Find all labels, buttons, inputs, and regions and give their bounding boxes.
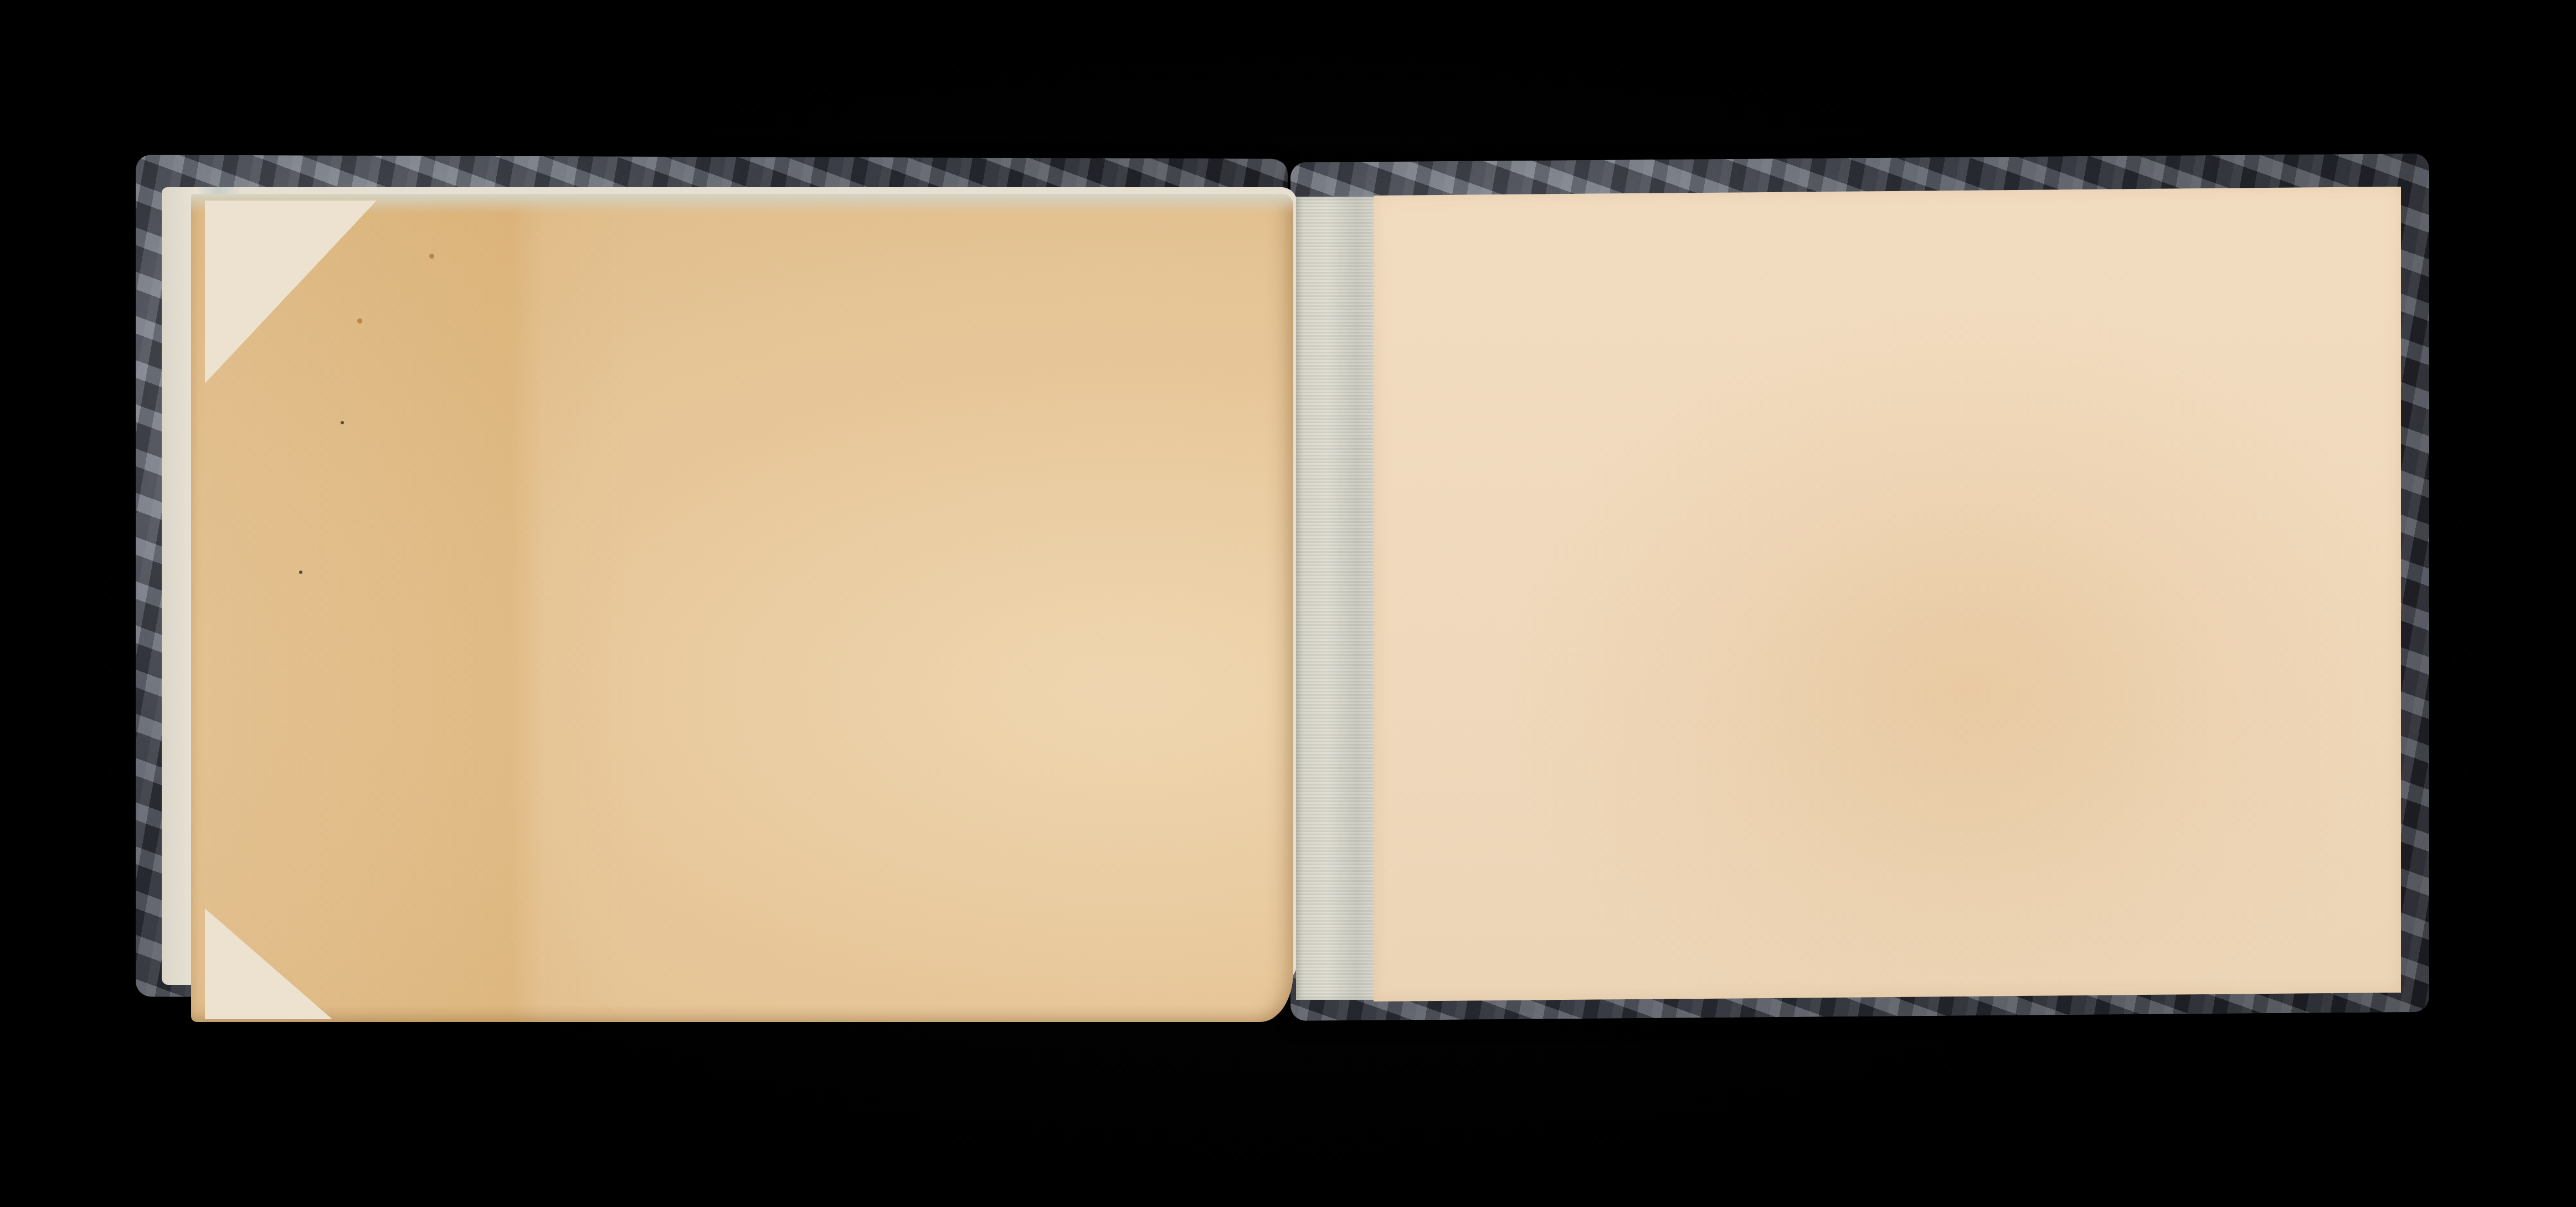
foxing-spot xyxy=(429,254,434,259)
photo-backdrop xyxy=(0,0,2576,1207)
foxing-spot xyxy=(357,319,362,323)
foxing-spot xyxy=(299,571,302,574)
blank-album-page xyxy=(1374,187,2401,1001)
glassine-interleaf xyxy=(191,194,1293,1022)
foxing-spot xyxy=(341,421,344,424)
cloth-binding-hinge xyxy=(1296,197,1376,1000)
